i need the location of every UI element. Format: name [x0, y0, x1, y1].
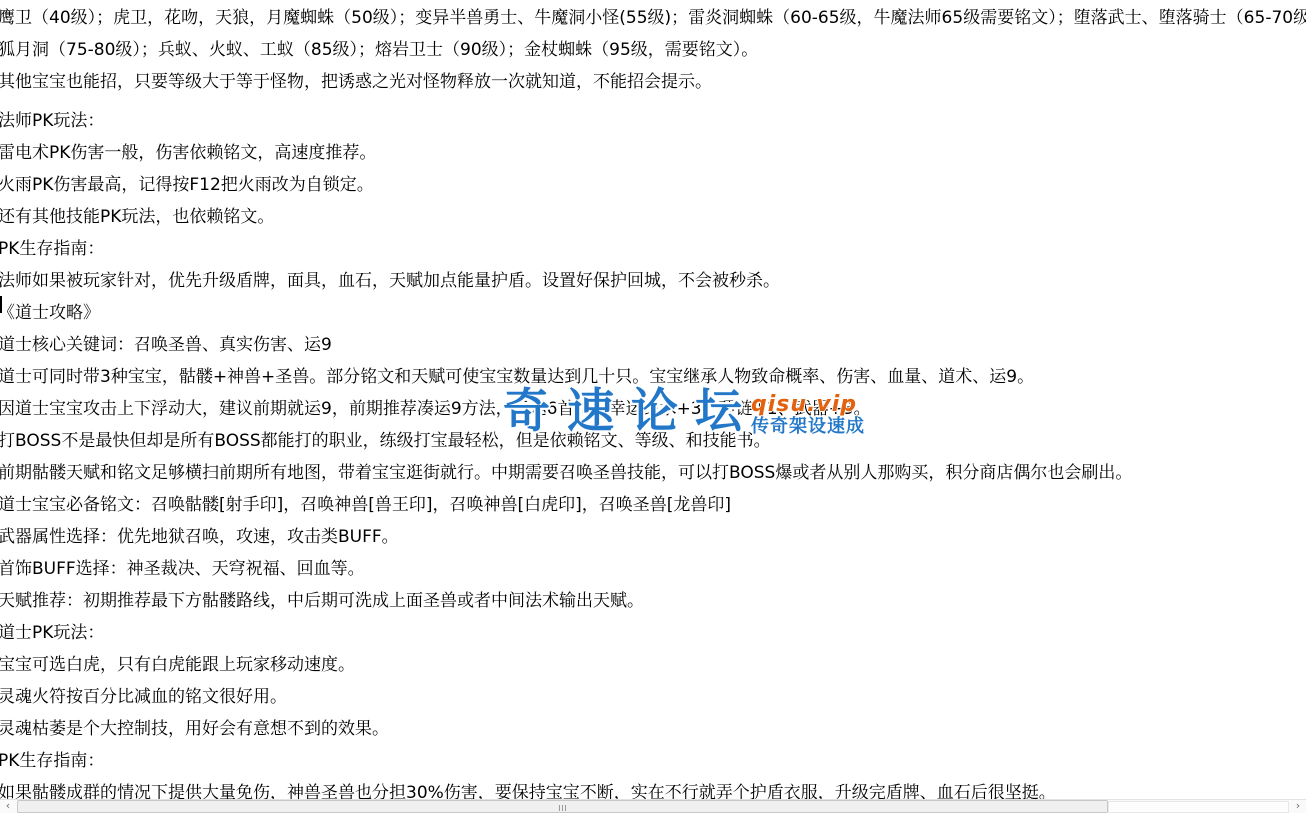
horizontal-scrollbar-track[interactable] — [1108, 801, 1289, 813]
text-line: 还有其他技能PK玩法，也依赖铭文。 — [0, 201, 1306, 233]
text-line: 狐月洞（75-80级）；兵蚁、火蚁、工蚁（85级）；熔岩卫士（90级）；金杖蜘蛛… — [0, 34, 1306, 66]
text-line: 天赋推荐：初期推荐最下方骷髅路线，中后期可洗成上面圣兽或者中间法术输出天赋。 — [0, 585, 1306, 617]
text-line: 打BOSS不是最快但却是所有BOSS都能打的职业，练级打宝最轻松，但是依赖铭文、… — [0, 425, 1306, 457]
text-line: PK生存指南： — [0, 233, 1306, 265]
text-line: 道士宝宝必备铭文：召唤骷髅[射手印]，召唤神兽[兽王印]，召唤神兽[白虎印]，召… — [0, 489, 1306, 521]
text-line: 前期骷髅天赋和铭文足够横扫前期所有地图，带着宝宝逛街就行。中期需要召唤圣兽技能，… — [0, 457, 1306, 489]
scroll-left-arrow-icon[interactable]: ‹ — [0, 800, 16, 812]
text-caret — [0, 296, 2, 313]
text-line: 道士可同时带3种宝宝，骷髅+神兽+圣兽。部分铭文和天赋可使宝宝数量达到几十只。宝… — [0, 361, 1306, 393]
text-line: 武器属性选择：优先地狱召唤，攻速，攻击类BUFF。 — [0, 521, 1306, 553]
horizontal-scrollbar[interactable]: ‹ › — [0, 799, 1306, 813]
text-line: 灵魂火符按百分比减血的铭文很好用。 — [0, 681, 1306, 713]
text-line: 道士核心关键词：召唤圣兽、真实伤害、运9 — [0, 329, 1306, 361]
text-line: 因道士宝宝攻击上下浮动大，建议前期就运9，前期推荐凑运9方法，幸运6首饰、幸运药… — [0, 393, 1306, 425]
text-line: PK生存指南： — [0, 745, 1306, 777]
text-line: 其他宝宝也能招，只要等级大于等于怪物，把诱惑之光对怪物释放一次就知道，不能招会提… — [0, 66, 1306, 98]
text-line: 首饰BUFF选择：神圣裁决、天穹祝福、回血等。 — [0, 553, 1306, 585]
scrollbar-grip-icon — [558, 797, 567, 813]
text-line: 雷电术PK伤害一般，伤害依赖铭文，高速度推荐。 — [0, 137, 1306, 169]
text-line: 法师如果被玩家针对，优先升级盾牌，面具，血石，天赋加点能量护盾。设置好保护回城，… — [0, 265, 1306, 297]
document-text: 鹰卫（40级）；虎卫，花吻，天狼，月魔蜘蛛（50级）；变异半兽勇士、牛魔洞小怪(… — [0, 2, 1306, 809]
text-line: 道士PK玩法： — [0, 617, 1306, 649]
horizontal-scrollbar-thumb[interactable] — [17, 800, 1108, 813]
scroll-right-arrow-icon[interactable]: › — [1290, 800, 1306, 812]
text-line: 宝宝可选白虎，只有白虎能跟上玩家移动速度。 — [0, 649, 1306, 681]
text-line: 火雨PK伤害最高，记得按F12把火雨改为自锁定。 — [0, 169, 1306, 201]
text-line: 鹰卫（40级）；虎卫，花吻，天狼，月魔蜘蛛（50级）；变异半兽勇士、牛魔洞小怪(… — [0, 2, 1306, 34]
text-line: 《道士攻略》 — [0, 297, 1306, 329]
text-line: 法师PK玩法： — [0, 105, 1306, 137]
text-line: 灵魂枯萎是个大控制技，用好会有意想不到的效果。 — [0, 713, 1306, 745]
